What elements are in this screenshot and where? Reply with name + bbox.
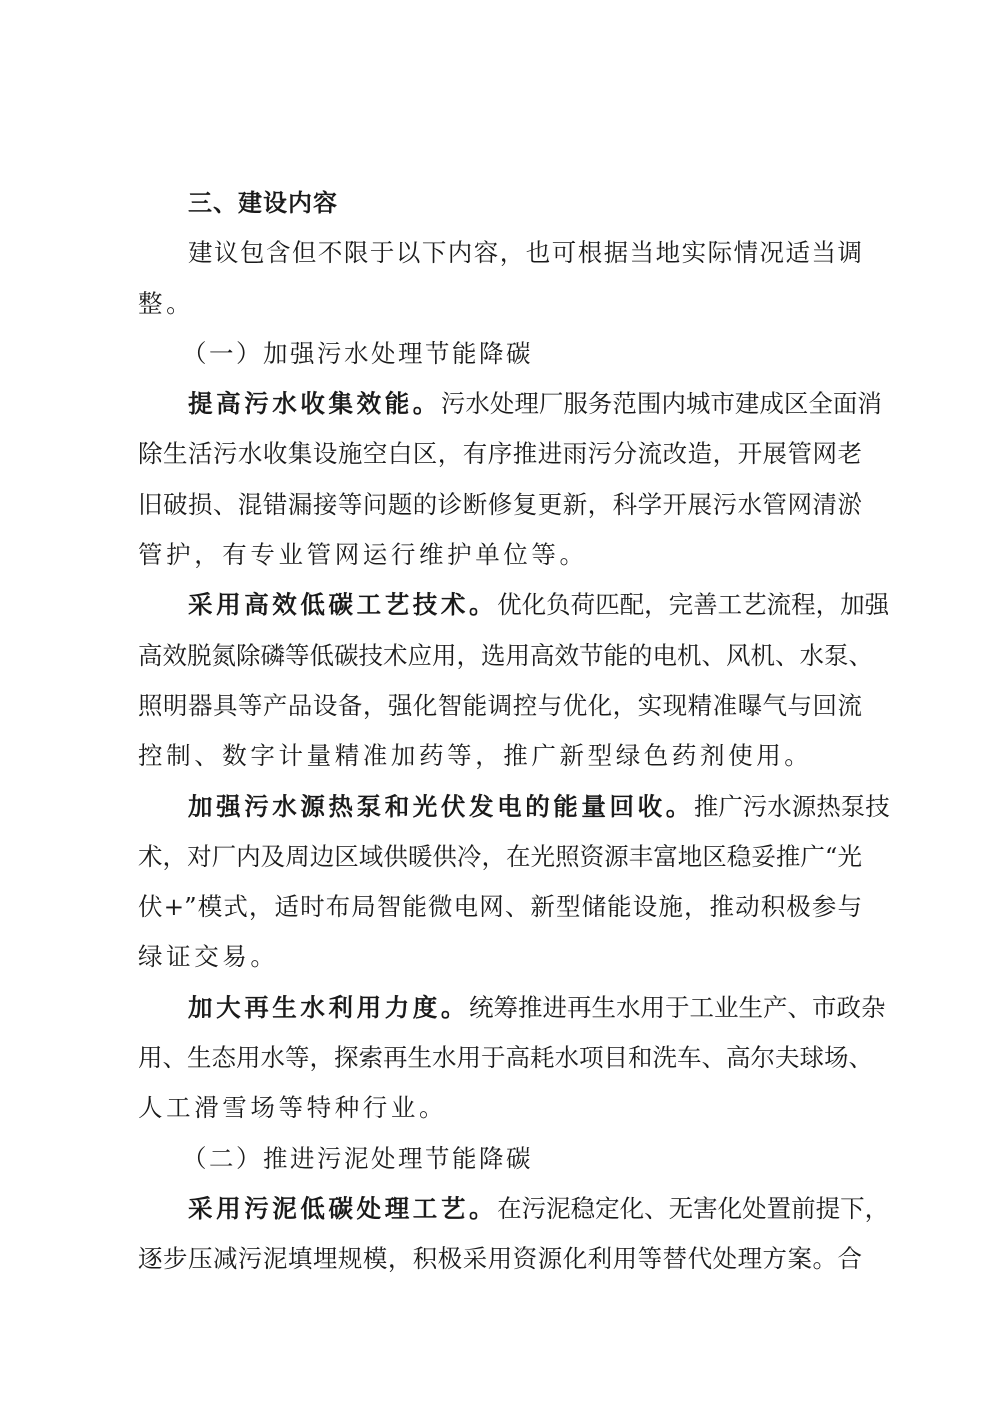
paragraph-line: 绿证交易。	[138, 932, 862, 982]
paragraph-line: 高效脱氮除磷等低碳技术应用，选用高效节能的电机、风机、水泵、	[138, 631, 862, 681]
paragraph-first-line: 采用污泥低碳处理工艺。在污泥稳定化、无害化处置前提下，	[138, 1184, 862, 1234]
paragraph-lead: 采用污泥低碳处理工艺。	[188, 1194, 497, 1223]
intro-line-1: 建议包含但不限于以下内容，也可根据当地实际情况适当调	[138, 228, 862, 278]
paragraph-line: 管护，有专业管网运行维护单位等。	[138, 530, 862, 580]
paragraph-lead: 加强污水源热泵和光伏发电的能量回收。	[188, 792, 694, 821]
paragraph-line: 术，对厂内及周边区域供暖供冷，在光照资源丰富地区稳妥推广“光	[138, 832, 862, 882]
paragraph-text: 统筹推进再生水用于工业生产、市政杂	[469, 993, 886, 1022]
paragraph-line: 用、生态用水等，探索再生水用于高耗水项目和洗车、高尔夫球场、	[138, 1033, 862, 1083]
section-title: 三、建设内容	[138, 178, 862, 228]
paragraph-text: 在污泥稳定化、无害化处置前提下，	[497, 1194, 889, 1223]
paragraph-first-line: 加强污水源热泵和光伏发电的能量回收。推广污水源热泵技	[138, 782, 862, 832]
paragraph-first-line: 采用高效低碳工艺技术。优化负荷匹配，完善工艺流程，加强	[138, 580, 862, 630]
subsection-title-1: （一）加强污水处理节能降碳	[138, 329, 862, 379]
paragraph-lead: 采用高效低碳工艺技术。	[188, 590, 497, 619]
document-page: 三、建设内容 建议包含但不限于以下内容，也可根据当地实际情况适当调 整。 （一）…	[138, 178, 862, 1285]
paragraph-text: 污水处理厂服务范围内城市建成区全面消	[441, 389, 882, 418]
paragraph-first-line: 加大再生水利用力度。统筹推进再生水用于工业生产、市政杂	[138, 983, 862, 1033]
paragraph-line: 逐步压减污泥填埋规模，积极采用资源化利用等替代处理方案。合	[138, 1234, 862, 1284]
intro-line-2: 整。	[138, 279, 862, 329]
paragraph-lead: 加大再生水利用力度。	[188, 993, 469, 1022]
paragraph-line: 控制、数字计量精准加药等，推广新型绿色药剂使用。	[138, 731, 862, 781]
paragraph-text: 优化负荷匹配，完善工艺流程，加强	[497, 590, 889, 619]
paragraph-first-line: 提高污水收集效能。污水处理厂服务范围内城市建成区全面消	[138, 379, 862, 429]
subsection-title-2: （二）推进污泥处理节能降碳	[138, 1134, 862, 1184]
paragraph-line: 人工滑雪场等特种行业。	[138, 1083, 862, 1133]
paragraph-lead: 提高污水收集效能。	[188, 389, 441, 418]
paragraph-line: 伏+”模式，适时布局智能微电网、新型储能设施，推动积极参与	[138, 882, 862, 932]
paragraph-line: 照明器具等产品设备，强化智能调控与优化，实现精准曝气与回流	[138, 681, 862, 731]
paragraph-line: 除生活污水收集设施空白区，有序推进雨污分流改造，开展管网老	[138, 429, 862, 479]
paragraph-line: 旧破损、混错漏接等问题的诊断修复更新，科学开展污水管网清淤	[138, 480, 862, 530]
paragraph-text: 推广污水源热泵技	[694, 792, 890, 821]
